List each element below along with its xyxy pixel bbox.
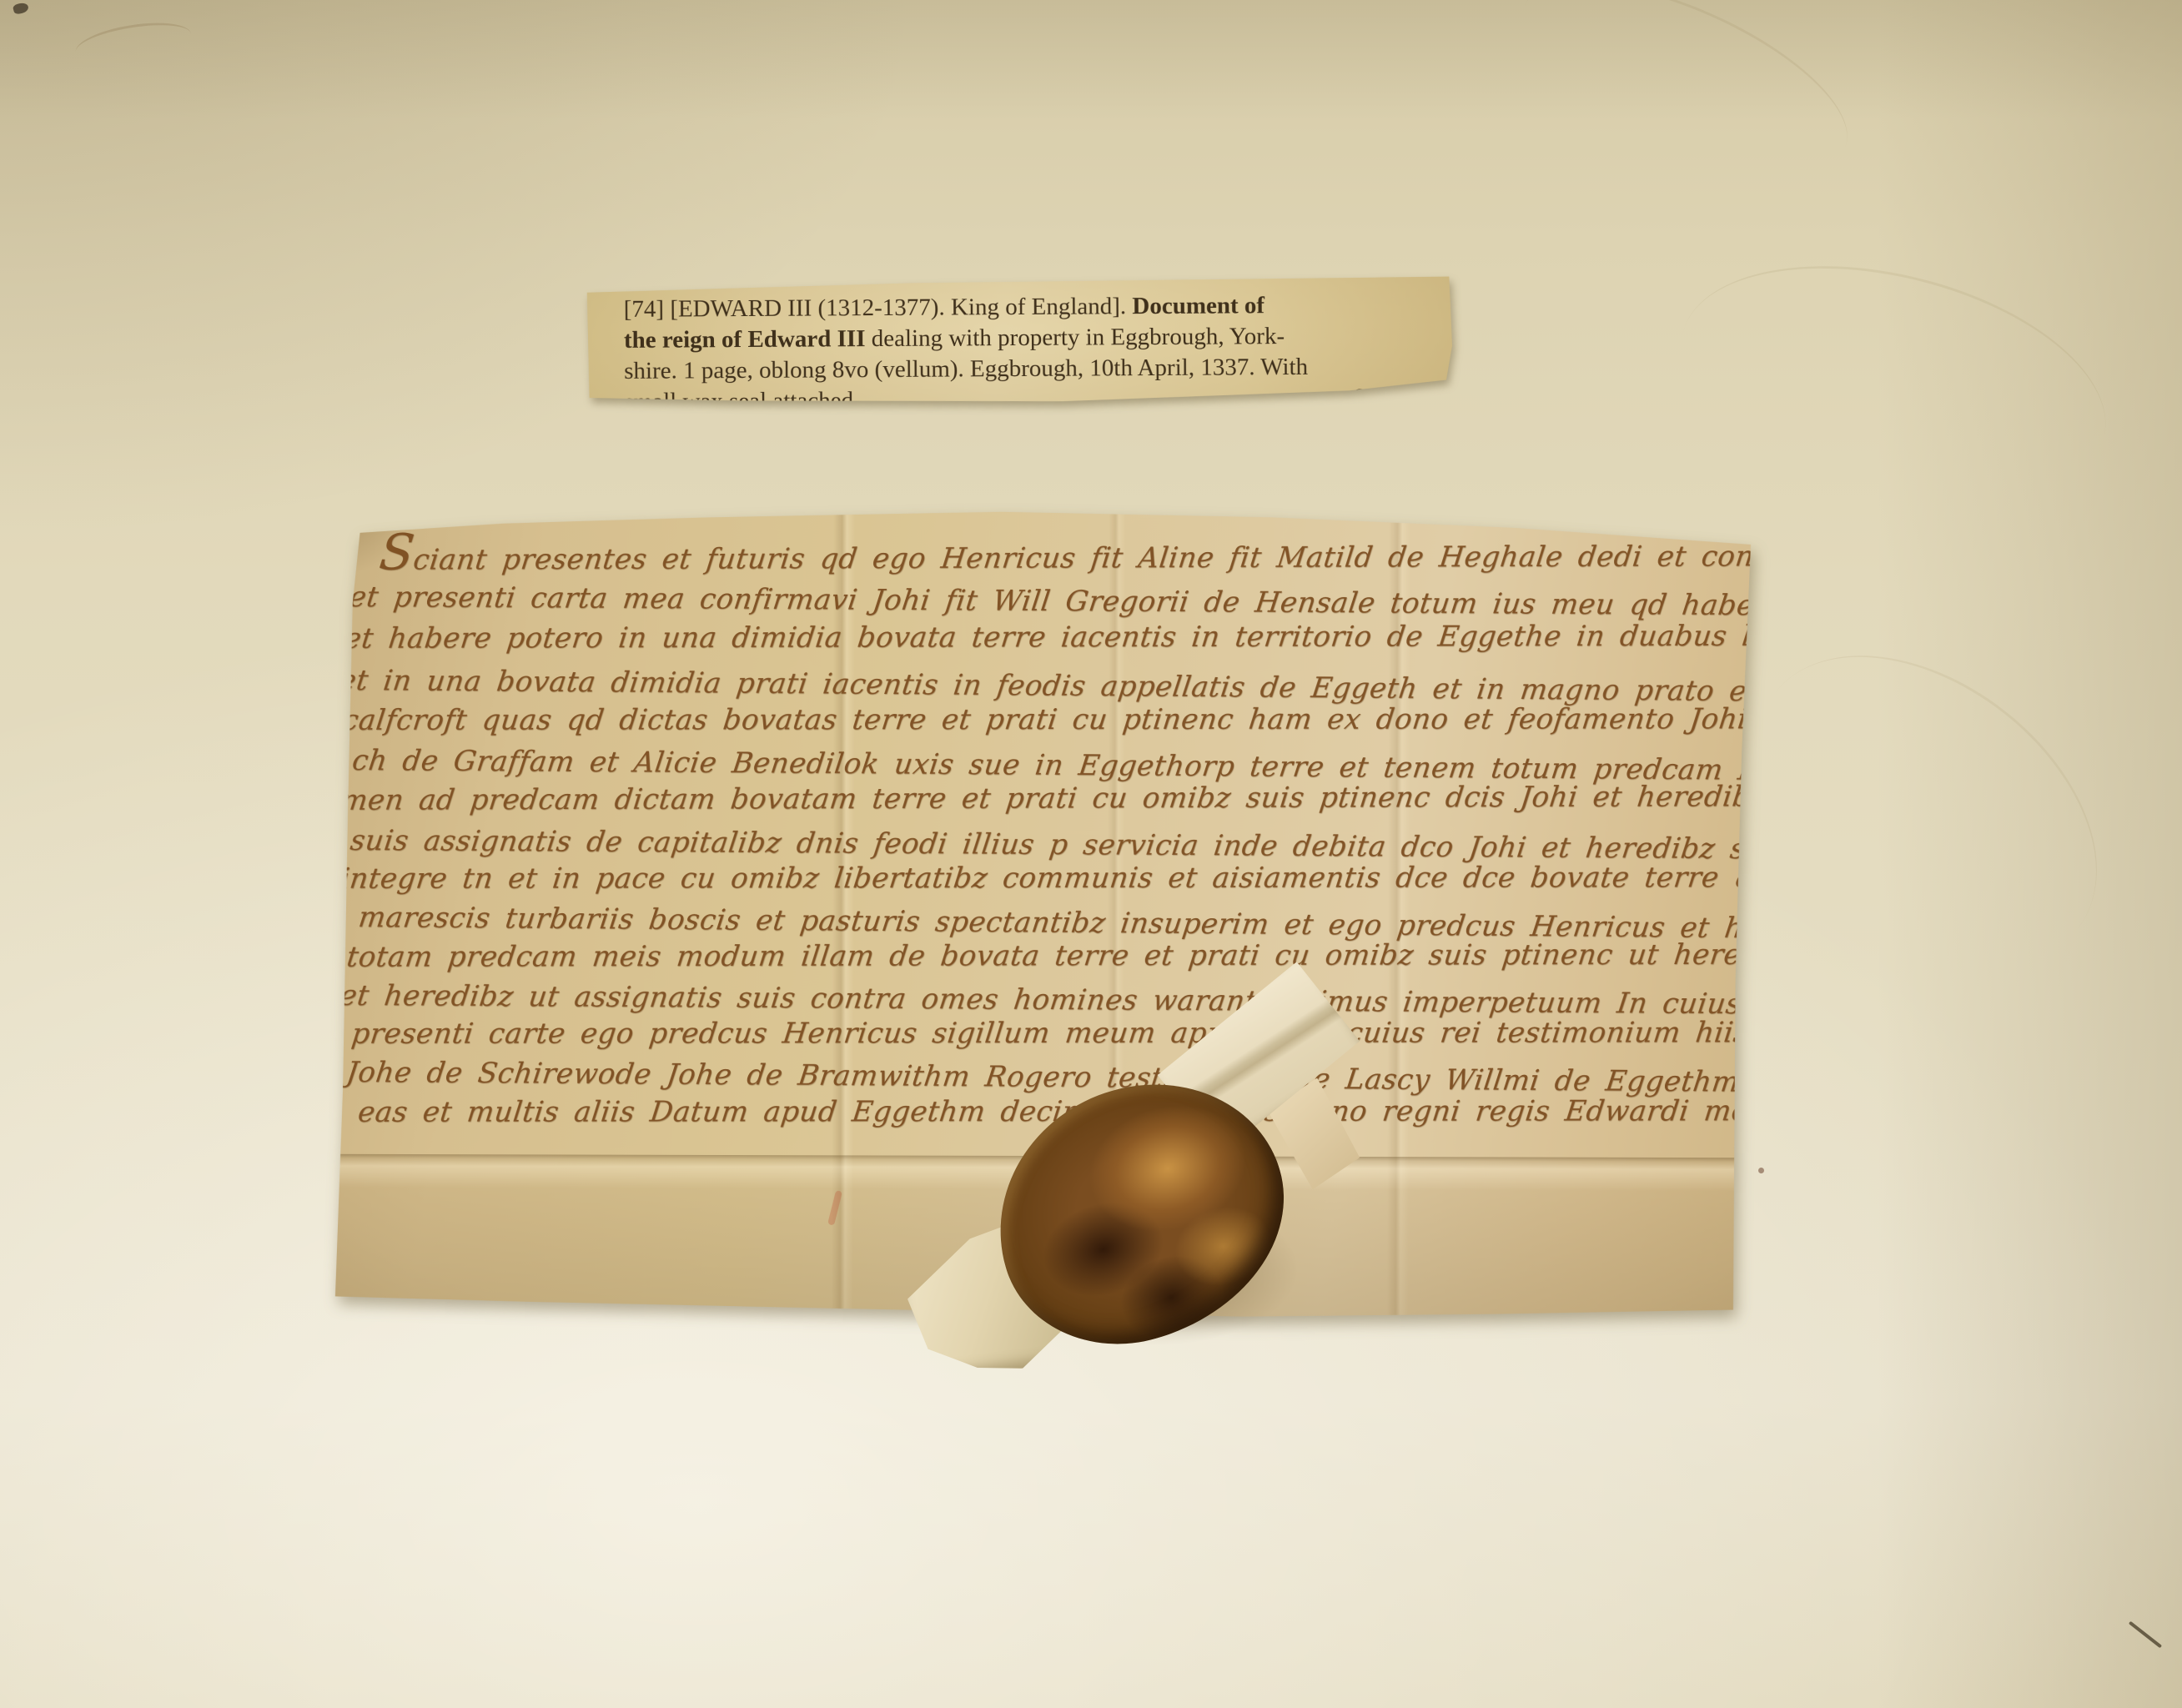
manuscript-line: calfcroft quas qd dictas bovatas terre e…	[331, 702, 1735, 736]
manuscript-line: integre tn et in pace cu omibz libertati…	[331, 861, 1735, 895]
label-text: dealing with property in Eggbrough, York…	[872, 323, 1285, 352]
wall-streak	[1657, 226, 2130, 544]
catalog-label-paper: [74] [EDWARD III (1312-1377). King of En…	[584, 276, 1454, 408]
catalog-label: [74] [EDWARD III (1312-1377). King of En…	[584, 276, 1454, 408]
label-headline: [74] [EDWARD III (1312-1377). King of En…	[624, 293, 1133, 323]
label-line-2: the reign of Edward III dealing with pro…	[624, 320, 1420, 356]
photograph: [74] [EDWARD III (1312-1377). King of En…	[0, 0, 2182, 1708]
manuscript-line: et habere potero in una dimidia bovata t…	[331, 620, 1736, 656]
label-line-4: small wax seal attached.£3 3s	[624, 382, 1420, 418]
label-text: small wax seal attached.	[624, 385, 859, 418]
wall-speck	[1758, 1168, 1764, 1173]
manuscript-line: et in una bovata dimidia prati iacentis …	[331, 664, 1736, 708]
corner-mark	[13, 2, 29, 15]
wall-streak	[1497, 0, 1873, 209]
manuscript-line: totam predcam meis modum illam de bovata…	[331, 938, 1735, 974]
label-bold-text: the reign of Edward III	[624, 325, 872, 354]
manuscript-line: presenti carte ego predcus Henricus sigi…	[331, 1016, 1734, 1050]
wall-scratch-mark	[2129, 1621, 2162, 1649]
wall-scratch-mark	[73, 16, 194, 69]
manuscript-line: men ad predcam dictam bovatam terre et p…	[331, 780, 1735, 816]
label-line-1: [74] [EDWARD III (1312-1377). King of En…	[624, 289, 1420, 325]
label-text: shire. 1 page, oblong 8vo (vellum). Eggb…	[624, 354, 1308, 384]
wall-streak	[1697, 593, 2155, 1028]
manuscript-line: et presenti carta mea confirmavi Johi fi…	[331, 580, 1736, 622]
manuscript-line: et heredibz ut assignatis suis contra om…	[331, 979, 1735, 1021]
manuscript-line: eas et multis aliis Datum apud Eggethm d…	[331, 1094, 1734, 1128]
label-bold-text: Document of	[1132, 292, 1264, 319]
manuscript-line: Johe de Schirewode Johe de Bramwithm Rog…	[331, 1056, 1734, 1099]
price: £3 3s	[1353, 382, 1405, 413]
manuscript-line: Sciant presentes et futuris qd ego Henri…	[331, 530, 1737, 576]
label-line-3: shire. 1 page, oblong 8vo (vellum). Eggb…	[624, 351, 1420, 387]
manuscript-line: suis assignatis de capitalibz dnis feodi…	[331, 824, 1735, 866]
